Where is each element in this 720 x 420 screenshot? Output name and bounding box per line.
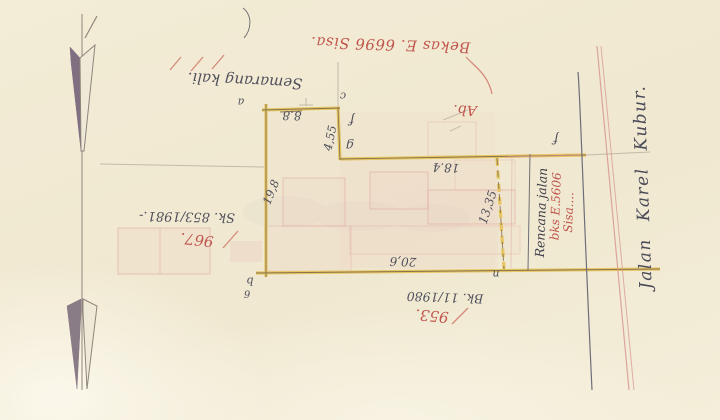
sk-number: Sk. 853/1981.- bbox=[131, 208, 243, 224]
parcel-number-bottom: 953. bbox=[407, 305, 456, 325]
ink-flourish bbox=[243, 8, 250, 38]
corner-letter-f-step: f bbox=[345, 112, 359, 126]
measurement-top-edge: 8.8 bbox=[277, 109, 307, 122]
corner-letter-g: g bbox=[343, 138, 357, 152]
map-drawing bbox=[0, 0, 720, 420]
survey-map-scan: Bekas E. 6696 Sisa. Semarang kali. Sk. 8… bbox=[0, 0, 720, 420]
corner-letter-six: 6 bbox=[240, 287, 254, 298]
bk-number: Bk. 11/1980 bbox=[399, 289, 491, 305]
ab-label: Ab. bbox=[448, 101, 483, 117]
north-arrow-icon bbox=[67, 14, 97, 390]
corner-letter-a: a bbox=[234, 96, 248, 108]
corner-letter-b: b bbox=[243, 275, 257, 287]
measurement-bottom-edge: 20,6 bbox=[381, 254, 425, 268]
corner-letter-f-right: f bbox=[549, 131, 563, 145]
building-outlines bbox=[118, 112, 520, 274]
corner-letter-c: c bbox=[336, 90, 350, 102]
corner-letter-n: n bbox=[489, 268, 503, 280]
measurement-upper-right-edge: 18.4 bbox=[424, 160, 468, 174]
